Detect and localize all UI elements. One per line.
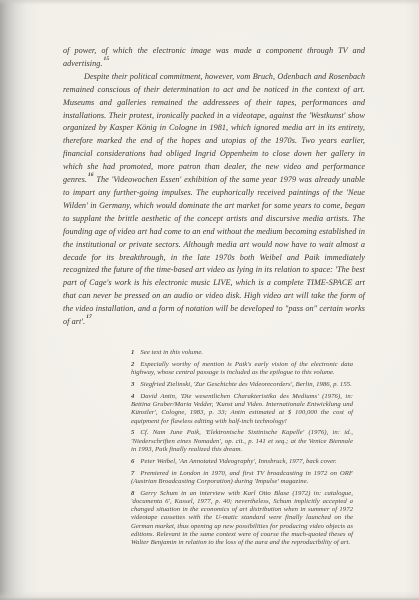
scanned-book-page: of power, of which the electronic image …	[0, 0, 419, 600]
footnote-number: 8	[131, 490, 134, 497]
footnote-item: 4David Antin, 'Die wesentlichen Charakte…	[131, 393, 353, 426]
page-content: of power, of which the electronic image …	[63, 45, 365, 551]
footnote-marker: 16	[88, 172, 94, 178]
footnote-item: 3Siegfried Zielinski, 'Zur Geschichte de…	[131, 381, 353, 389]
footnote-marker: 15	[104, 56, 110, 62]
footnote-number: 7	[131, 470, 134, 477]
footnote-number: 3	[131, 381, 134, 388]
body-paragraph: Despite their political commitment, howe…	[63, 71, 365, 329]
footnote-marker: 17	[86, 314, 92, 320]
footnote-item: 1See text in this volume.	[131, 349, 353, 357]
footnote-item: 6Peter Weibel, 'An Annotated Videography…	[131, 458, 353, 466]
footnote-item: 2Especially worthy of mention is Paik's …	[131, 361, 353, 378]
footnote-item: 8Gerry Schum in an interview with Karl O…	[131, 490, 353, 548]
footnote-number: 5	[131, 429, 134, 436]
footnote-number: 6	[131, 458, 134, 465]
footnotes-section: 1See text in this volume.2Especially wor…	[131, 349, 353, 548]
body-paragraph: of power, of which the electronic image …	[63, 45, 365, 71]
footnote-number: 2	[131, 361, 134, 368]
footnote-item: 5Cf. Nam June Paik, 'Elektronische Sixti…	[131, 429, 353, 454]
footnote-number: 1	[131, 349, 134, 356]
body-text: of power, of which the electronic image …	[63, 45, 365, 329]
footnote-item: 7Premiered in London in 1970, and first …	[131, 470, 353, 487]
footnote-number: 4	[131, 393, 134, 400]
